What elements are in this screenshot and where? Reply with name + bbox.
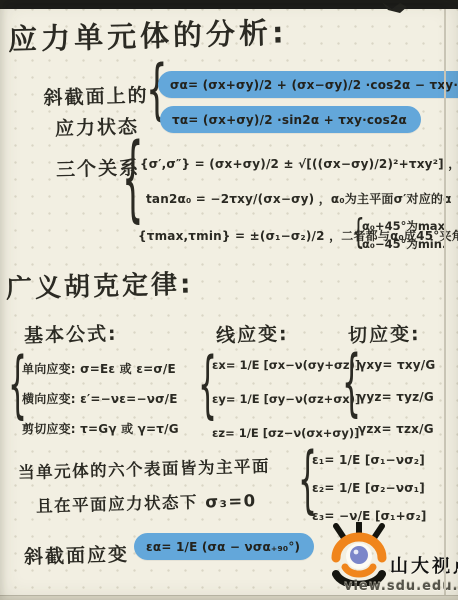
- basic-formula-row: 横向应变: ε′=−νε=−νσ/E: [22, 390, 178, 407]
- brace: {: [122, 132, 144, 226]
- basic-formula-row: 剪切应变: τ=Gγ 或 γ=τ/G: [22, 420, 179, 437]
- basic-formulas-header: 基本公式:: [24, 319, 118, 348]
- linear-strain-header: 线应变:: [216, 319, 289, 348]
- basic-formula-row: 单向应变: σ=Eε 或 ε=σ/E: [22, 360, 176, 377]
- corner-mark-icon: [380, 0, 410, 15]
- shear-strain-row: γyz= τyz/G: [358, 390, 434, 404]
- linear-strain-row: εz= 1/E [σz−ν(σx+σy)]: [212, 426, 359, 440]
- linear-strain-row: εx= 1/E [σx−ν(σy+σz)]: [212, 358, 360, 372]
- principal-strain-row: ε₂= 1/E [σ₂−νσ₁]: [312, 481, 425, 495]
- watermark-name: 山大视点: [390, 552, 458, 578]
- shear-strain-row: γxy= τxy/G: [358, 358, 435, 372]
- page-edge-line: [444, 9, 446, 600]
- shear-strain-row: γzx= τzx/G: [358, 422, 434, 436]
- section-title-hooke-law: 广义胡克定律:: [6, 264, 194, 306]
- relation-max-shear-sub2: α₀−45°为min.: [362, 236, 446, 252]
- linear-strain-row: εy= 1/E [σy−ν(σz+σx)]: [212, 392, 360, 406]
- sdu-view-eye-logo-icon: [328, 522, 390, 586]
- principal-strain-row: ε₃= −ν/E [σ₁+σ₂]: [312, 509, 427, 523]
- watermark-url: view.sdu.edu.cn: [344, 579, 458, 594]
- highlighted-tau-formula: τα= (σx+σy)/2 ·sin2α + τxy·cos2α: [160, 106, 421, 133]
- principal-strain-row: ε₁= 1/E [σ₁−νσ₂]: [312, 453, 425, 467]
- relation-principal-stress: {σ′,σ″} = (σx+σy)/2 ± √[((σx−σy)/2)²+τxy…: [140, 155, 458, 172]
- oblique-label-line1: 斜截面上的: [43, 81, 149, 111]
- relation-max-shear-sub1: α₀+45°为max: [362, 218, 445, 234]
- oblique-strain-label: 斜截面应变: [24, 540, 130, 570]
- relation-principal-angle: tan2α₀ = −2τxy/(σx−σy) ，α₀为主平面σ′对应的α: [146, 190, 452, 207]
- highlighted-oblique-strain-formula: εα= 1/E (σα − νσα₊₉₀°): [134, 533, 314, 560]
- page-bottom-edge: [0, 595, 458, 600]
- highlighted-sigma-formula: σα= (σx+σy)/2 + (σx−σy)/2 ·cos2α − τxy·s…: [158, 71, 458, 98]
